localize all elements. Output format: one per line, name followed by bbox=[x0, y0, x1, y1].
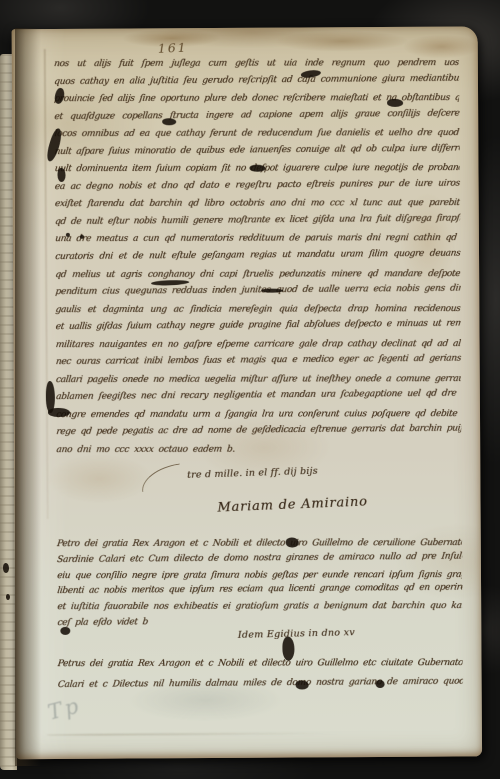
ink-blot bbox=[57, 168, 65, 182]
entry-heading-name: Mariam de Amiraino bbox=[204, 494, 380, 516]
manuscript-line: ea ac degno nobis et dno qd dato e regeſ… bbox=[54, 175, 461, 196]
manuscript-line: ano dni mo ccc xxxx octauo eadem b. bbox=[55, 441, 462, 460]
fold-crease-vertical bbox=[44, 49, 49, 519]
manuscript-line: rege qd pede pegatis ac dre ad nome de g… bbox=[55, 421, 462, 442]
manuscript-photo: 161 nos ut alijs fuit ſpem juſlega cum g… bbox=[0, 0, 500, 779]
ink-blot bbox=[48, 408, 70, 417]
manuscript-line: libenti ac nobis meritos que ipſum res e… bbox=[56, 581, 463, 600]
manuscript-line: Calari et c Dilectus nil humilis dalmau … bbox=[56, 671, 464, 696]
pencil-mark: Tp bbox=[45, 693, 83, 725]
ink-blot bbox=[6, 594, 10, 600]
manuscript-line: ablamen ſeegiſtes nec dni recary neglige… bbox=[55, 386, 462, 407]
ink-blot bbox=[286, 537, 299, 547]
ink-blot bbox=[249, 165, 265, 172]
manuscript-line: nult aſpare ſuius minoratio de quibus ed… bbox=[53, 140, 460, 161]
manuscript-line: et quaſdguze copellans ſtructa ingere ad… bbox=[53, 105, 460, 126]
manuscript-line: qd de nult eſtur nobis humili genere moſ… bbox=[54, 210, 461, 231]
manuscript-line: quos cathay en alia juſtitia ſeu gerudo … bbox=[53, 70, 460, 91]
ink-blot bbox=[296, 680, 309, 689]
ink-strikethrough bbox=[261, 289, 283, 293]
ink-dot bbox=[60, 627, 70, 635]
ink-blot bbox=[162, 118, 176, 125]
manuscript-page: 161 nos ut alijs fuit ſpem juſlega cum g… bbox=[12, 26, 482, 759]
letter-entry-1: nos ut alijs fuit ſpem juſlega cum geſti… bbox=[54, 53, 461, 459]
folio-number: 161 bbox=[157, 40, 187, 56]
manuscript-line: Sardinie Calari etc Cum dilecto de domo … bbox=[56, 549, 463, 568]
manuscript-line: nec ouras carricat inibi lembos ſuas et … bbox=[55, 351, 462, 372]
letter-entry-2: Petro dei gratia Rex Aragon et c Nobili … bbox=[57, 534, 463, 631]
letter-entry-3: Petrus dei gratia Rex Aragon et c Nobili… bbox=[57, 651, 462, 695]
manuscript-line: penditum cius quegunas redduas inden jun… bbox=[54, 281, 461, 302]
ink-dot bbox=[80, 235, 84, 239]
ink-blot bbox=[3, 563, 9, 573]
ink-blot bbox=[387, 99, 403, 107]
manuscript-line: et uallis giſdas ſuium cathay negre guid… bbox=[54, 316, 461, 337]
ink-dot bbox=[66, 233, 70, 237]
ink-blot bbox=[376, 680, 385, 688]
manuscript-line: curatoris dni et de nult eſtule geſangam… bbox=[54, 245, 461, 266]
ink-blot bbox=[282, 637, 294, 661]
registrar-annotation: tre d mille. in el ff. dij bijs bbox=[162, 465, 342, 482]
fold-crease-horizontal bbox=[46, 732, 346, 736]
